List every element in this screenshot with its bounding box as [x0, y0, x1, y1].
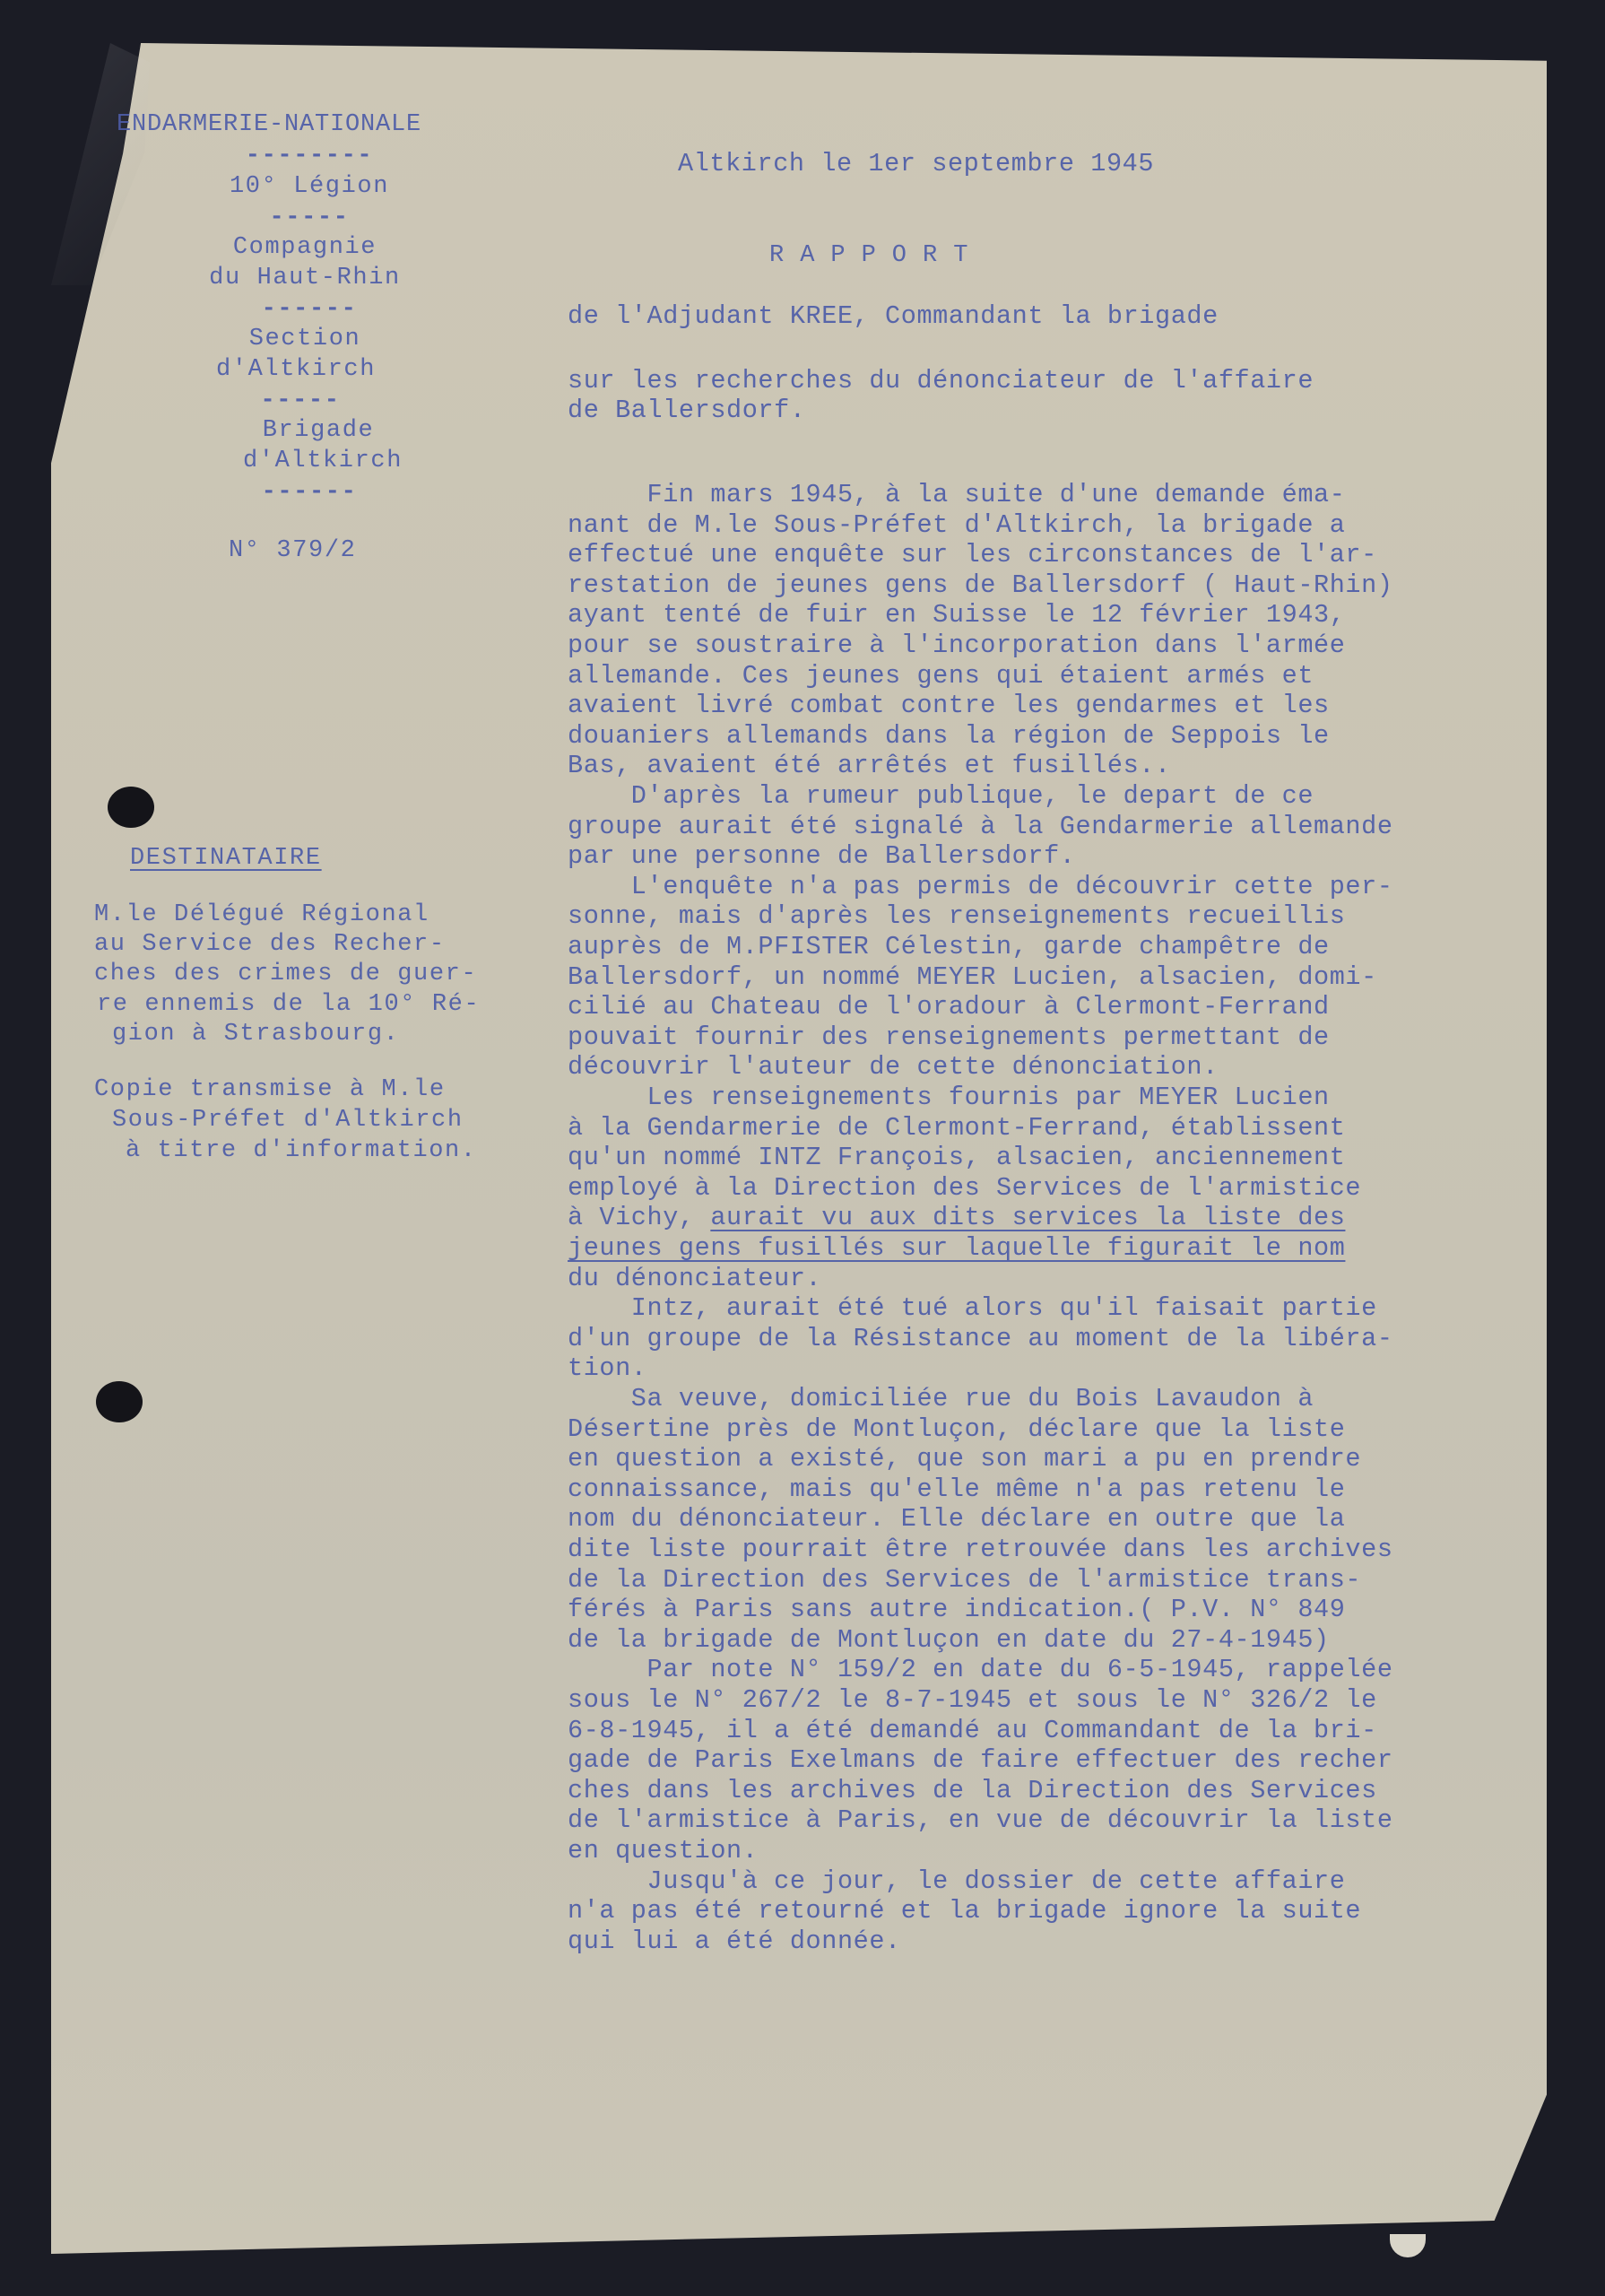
punch-hole-top [108, 787, 154, 828]
body-line: Fin mars 1945, à la suite d'une demande … [568, 480, 1345, 510]
recipient-line: re ennemis de la 10° Ré- [97, 989, 480, 1020]
separator: ------ [220, 477, 399, 508]
body-line: qui lui a été donnée. [568, 1926, 901, 1957]
body-line: L'enquête n'a pas permis de découvrir ce… [568, 872, 1393, 902]
letterhead-line: d'Altkirch [152, 354, 439, 385]
body-line: découvrir l'auteur de cette dénonciation… [568, 1052, 1219, 1083]
letterhead-line: Brigade [188, 415, 448, 446]
separator: ----- [211, 386, 390, 416]
body-line: cilié au Chateau de l'oradour à Clermont… [568, 992, 1330, 1022]
letterhead-line: d'Altkirch [179, 446, 466, 476]
recipient-line: gion à Strasbourg. [112, 1019, 399, 1049]
body-line: n'a pas été retourné et la brigade ignor… [568, 1896, 1361, 1926]
body-line: ches dans les archives de la Direction d… [568, 1776, 1377, 1806]
body-line: Intz, aurait été tué alors qu'il faisait… [568, 1293, 1377, 1324]
body-line: tion. [568, 1353, 647, 1384]
body-line: pouvait fournir des renseignements perme… [568, 1022, 1330, 1053]
body-line: du dénonciateur. [568, 1264, 821, 1294]
body-line: à la Gendarmerie de Clermont-Ferrand, ét… [568, 1113, 1345, 1144]
body-line: d'un groupe de la Résistance au moment d… [568, 1324, 1393, 1354]
body-line: en question a existé, que son mari a pu … [568, 1444, 1361, 1474]
body-line: Désertine près de Montluçon, déclare que… [568, 1414, 1345, 1445]
body-line: D'après la rumeur publique, le depart de… [568, 781, 1314, 812]
recipient-line: ches des crimes de guer- [94, 959, 477, 989]
body-line: dite liste pourrait être retrouvée dans … [568, 1535, 1393, 1565]
letterhead-line: du Haut-Rhin [166, 263, 444, 293]
body-line: sous le N° 267/2 le 8-7-1945 et sous le … [568, 1685, 1377, 1716]
body-line: pour se soustraire à l'incorporation dan… [568, 631, 1345, 661]
separator: ------ [220, 294, 399, 325]
letterhead-line: Compagnie [175, 232, 435, 263]
body-line: de la brigade de Montluçon en date du 27… [568, 1625, 1330, 1656]
subject-line: de Ballersdorf. [568, 396, 806, 426]
body-line: de la Direction des Services de l'armist… [568, 1565, 1361, 1596]
place-date: Altkirch le 1er septembre 1945 [678, 149, 1154, 179]
body-line: gade de Paris Exelmans de faire effectue… [568, 1745, 1393, 1776]
underlined-text: aurait vu aux dits services la liste des [710, 1203, 1345, 1232]
body-line: groupe aurait été signalé à la Gendarmer… [568, 812, 1393, 842]
recipient-line: au Service des Recher- [94, 929, 446, 960]
report-subtitle: de l'Adjudant KREE, Commandant la brigad… [568, 301, 1219, 332]
body-line: effectué une enquête sur les circonstanc… [568, 540, 1377, 570]
body-line: nom du dénonciateur. Elle déclare en out… [568, 1504, 1345, 1535]
body-line: par une personne de Ballersdorf. [568, 841, 1076, 872]
body-line: en question. [568, 1836, 758, 1866]
body-line: ayant tenté de fuir en Suisse le 12 févr… [568, 600, 1345, 631]
copy-line: Sous-Préfet d'Altkirch [112, 1105, 464, 1135]
paper-tab [1390, 2234, 1426, 2257]
body-line: Jusqu'à ce jour, le dossier de cette aff… [568, 1866, 1345, 1897]
body-line: Par note N° 159/2 en date du 6-5-1945, r… [568, 1655, 1393, 1685]
body-line: restation de jeunes gens de Ballersdorf … [568, 570, 1393, 601]
letterhead-line: 10° Légion [193, 171, 426, 202]
subject-line: sur les recherches du dénonciateur de l'… [568, 366, 1314, 396]
body-line: connaissance, mais qu'elle même n'a pas … [568, 1474, 1345, 1505]
letterhead-line: Section [175, 324, 435, 354]
body-line: employé à la Direction des Services de l… [568, 1173, 1361, 1204]
letterhead-line: ENDARMERIE-NATIONALE [117, 109, 421, 140]
body-line: nant de M.le Sous-Préfet d'Altkirch, la … [568, 510, 1345, 541]
body-line: Ballersdorf, un nommé MEYER Lucien, alsa… [568, 962, 1377, 993]
body-line: jeunes gens fusillés sur laquelle figura… [568, 1233, 1345, 1264]
copy-line: à titre d'information. [126, 1135, 477, 1166]
body-line: de l'armistice à Paris, en vue de découv… [568, 1805, 1393, 1836]
body-line: douaniers allemands dans la région de Se… [568, 721, 1330, 752]
report-title: RAPPORT [769, 240, 984, 271]
body-line: Les renseignements fournis par MEYER Luc… [568, 1083, 1330, 1113]
body-line: Sa veuve, domiciliée rue du Bois Lavaudo… [568, 1384, 1314, 1414]
body-line: allemande. Ces jeunes gens qui étaient a… [568, 661, 1314, 691]
body-line: qu'un nommé INTZ François, alsacien, anc… [568, 1143, 1345, 1173]
separator: ----- [220, 203, 399, 233]
body-line: à Vichy, aurait vu aux dits services la … [568, 1203, 1345, 1233]
body-line: 6-8-1945, il a été demandé au Commandant… [568, 1716, 1377, 1746]
body-line: Bas, avaient été arrêtés et fusillés.. [568, 751, 1171, 781]
punch-hole-bottom [96, 1381, 143, 1422]
body-line: sonne, mais d'après les renseignements r… [568, 901, 1345, 932]
recipient-line: M.le Délégué Régional [94, 900, 429, 930]
copy-line: Copie transmise à M.le [94, 1074, 446, 1105]
body-line: férés à Paris sans autre indication.( P.… [568, 1595, 1345, 1625]
body-line: auprès de M.PFISTER Célestin, garde cham… [568, 932, 1330, 962]
separator: -------- [220, 141, 399, 171]
body-line: avaient livré combat contre les gendarme… [568, 691, 1330, 721]
reference-number: N° 379/2 [229, 535, 356, 566]
recipient-title: DESTINATAIRE [130, 843, 322, 874]
